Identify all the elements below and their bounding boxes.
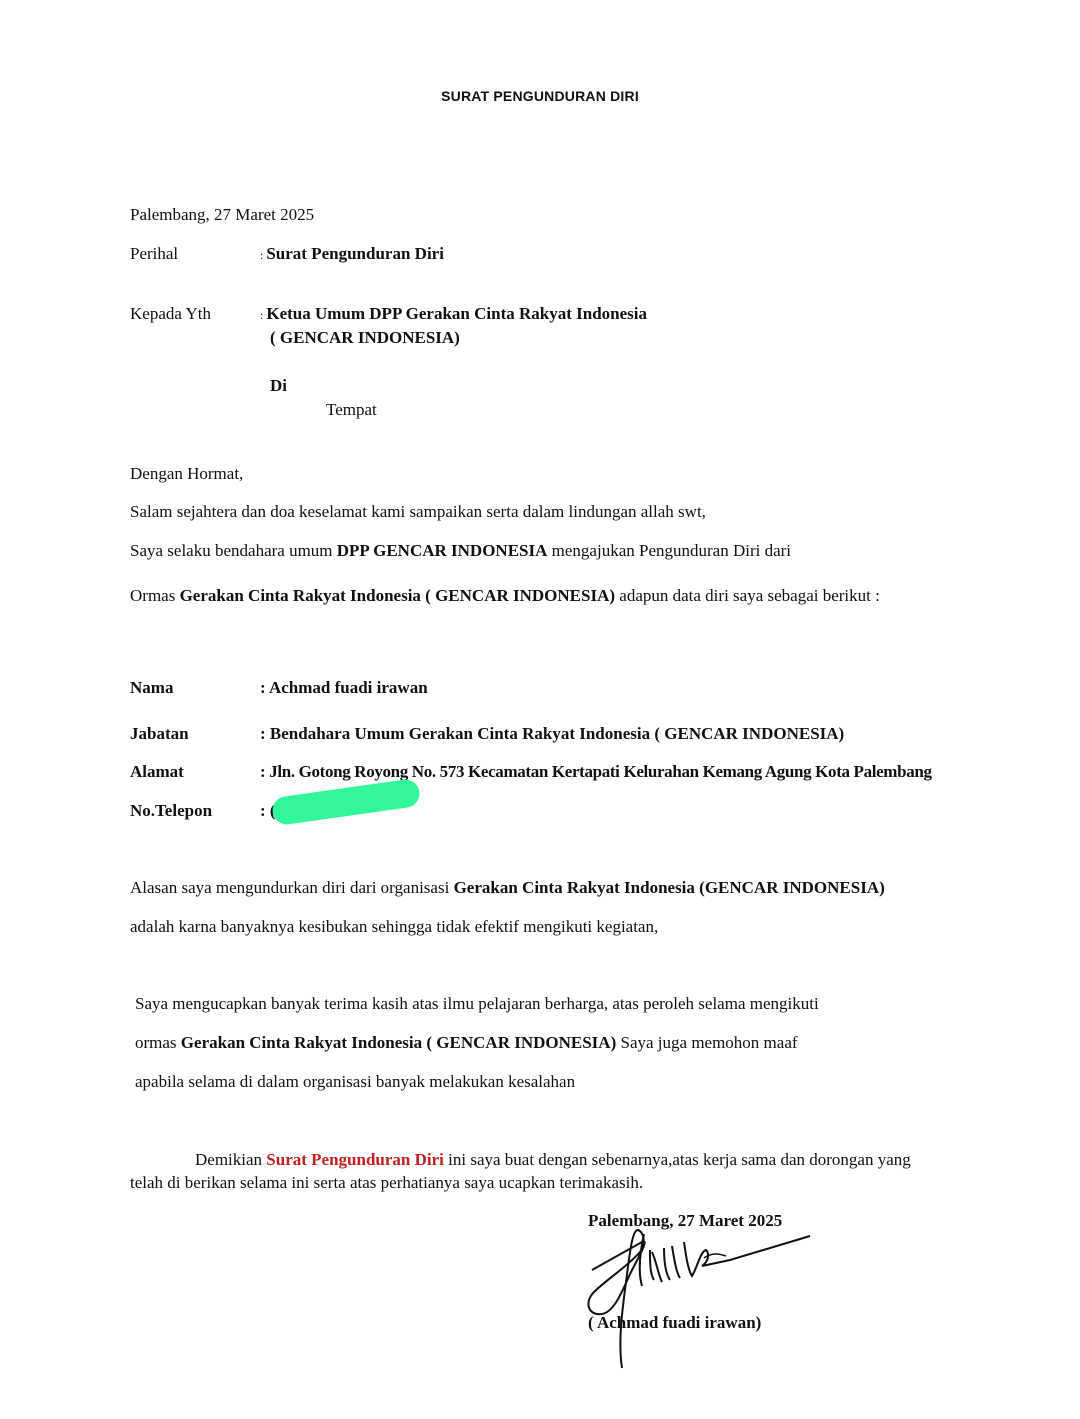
- signature-name: ( Achmad fuadi irawan): [588, 1313, 761, 1333]
- paragraph-ormas: Ormas Gerakan Cinta Rakyat Indonesia ( G…: [130, 586, 880, 606]
- kepada-line1: : Ketua Umum DPP Gerakan Cinta Rakyat In…: [260, 304, 647, 324]
- signature-place-date: Palembang, 27 Maret 2025: [588, 1211, 782, 1231]
- perihal-value: : Surat Pengunduran Diri: [260, 244, 444, 264]
- perihal-label: Perihal: [130, 244, 178, 264]
- field-nama: Nama: [130, 678, 173, 698]
- kepada-di: Di: [270, 376, 287, 396]
- paragraph-salam: Salam sejahtera dan doa keselamat kami s…: [130, 502, 706, 522]
- paragraph-alasan: Alasan saya mengundurkan diri dari organ…: [130, 878, 885, 898]
- paragraph-closing-line2: telah di berikan selama ini serta atas p…: [130, 1173, 643, 1193]
- field-nama-value: : Achmad fuadi irawan: [260, 678, 428, 698]
- greeting: Dengan Hormat,: [130, 464, 243, 484]
- kepada-tempat: Tempat: [326, 400, 377, 420]
- paragraph-terima-kasih: Saya mengucapkan banyak terima kasih ata…: [135, 994, 819, 1014]
- paragraph-terima-kasih-line2: ormas Gerakan Cinta Rakyat Indonesia ( G…: [135, 1033, 798, 1053]
- field-alamat: Alamat: [130, 762, 184, 782]
- letter-title: SURAT PENGUNDURAN DIRI: [0, 88, 1080, 104]
- paragraph-pengajuan: Saya selaku bendahara umum DPP GENCAR IN…: [130, 541, 791, 561]
- field-telepon: No.Telepon: [130, 801, 212, 821]
- paragraph-closing: Demikian Surat Pengunduran Diri ini saya…: [195, 1150, 911, 1170]
- field-jabatan: Jabatan: [130, 724, 189, 744]
- kepada-label: Kepada Yth: [130, 304, 211, 324]
- place-date: Palembang, 27 Maret 2025: [130, 205, 314, 225]
- field-jabatan-value: : Bendahara Umum Gerakan Cinta Rakyat In…: [260, 724, 844, 744]
- field-alamat-value: : Jln. Gotong Royong No. 573 Kecamatan K…: [260, 762, 932, 782]
- kepada-line2: ( GENCAR INDONESIA): [270, 328, 460, 348]
- redaction-mark: [271, 778, 421, 826]
- paragraph-terima-kasih-line3: apabila selama di dalam organisasi banya…: [135, 1072, 575, 1092]
- handwritten-signature: [580, 1222, 820, 1372]
- paragraph-alasan-line2: adalah karna banyaknya kesibukan sehingg…: [130, 917, 658, 937]
